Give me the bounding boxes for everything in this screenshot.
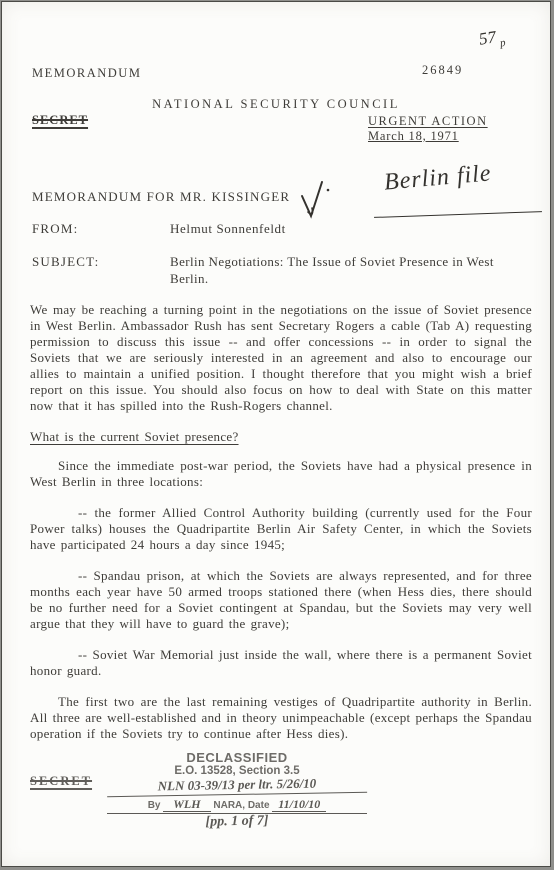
handwritten-underline [374,211,542,218]
classification-top: SECRET [32,113,88,128]
urgency-label: URGENT ACTION [368,114,488,129]
page-number-suffix: p [499,37,506,50]
declassification-stamp: DECLASSIFIED E.O. 13528, Section 3.5 NLN… [107,750,367,830]
doc-type-label: MEMORANDUM [32,66,141,81]
subject-label: SUBJECT: [32,254,99,270]
bullet-item-3: -- Soviet War Memorial just inside the w… [30,647,532,679]
memo-for-line: MEMORANDUM FOR MR. KISSINGER [32,189,290,205]
doc-number: 26849 [422,63,463,78]
handwritten-file-note: Berlin file [383,160,493,196]
memo-page: 57p MEMORANDUM 26849 NATIONAL SECURITY C… [1,1,551,867]
memo-body: We may be reaching a turning point in th… [30,302,532,757]
from-label: FROM: [32,221,78,237]
org-name: NATIONAL SECURITY COUNCIL [2,97,550,112]
handwritten-page-number: 57p [478,26,503,49]
handwritten-checkmark [298,178,330,222]
stamp-by-label: By [148,800,161,811]
doc-date: March 18, 1971 [368,129,488,144]
subject-value: Berlin Negotiations: The Issue of Soviet… [170,254,515,287]
body-paragraph-1: We may be reaching a turning point in th… [30,302,532,414]
from-value: Helmut Sonnenfeldt [170,221,286,237]
stamp-line-1: DECLASSIFIED [107,750,367,765]
stamp-date-value: 11/10/10 [272,797,326,812]
bullet-item-1: -- the former Allied Control Authority b… [30,505,532,553]
page-number-text: 57 [478,27,498,48]
bullet-item-2: -- Spandau prison, at which the Soviets … [30,568,532,632]
stamp-pages-note: [pp. 1 of 7] [107,812,367,833]
stamp-by-value: WLH [163,797,210,812]
stamp-by-line: By WLH NARA, Date 11/10/10 [107,795,367,814]
section-heading: What is the current Soviet presence? [30,429,532,445]
body-paragraph-3: The first two are the last remaining ves… [30,694,532,742]
stamp-authority-note: NLN 03-39/13 per ltr. 5/26/10 [107,775,367,798]
stamp-nara-label: NARA, Date [213,800,269,811]
classification-bottom: SECRET [30,774,92,789]
body-paragraph-2: Since the immediate post-war period, the… [30,458,532,490]
